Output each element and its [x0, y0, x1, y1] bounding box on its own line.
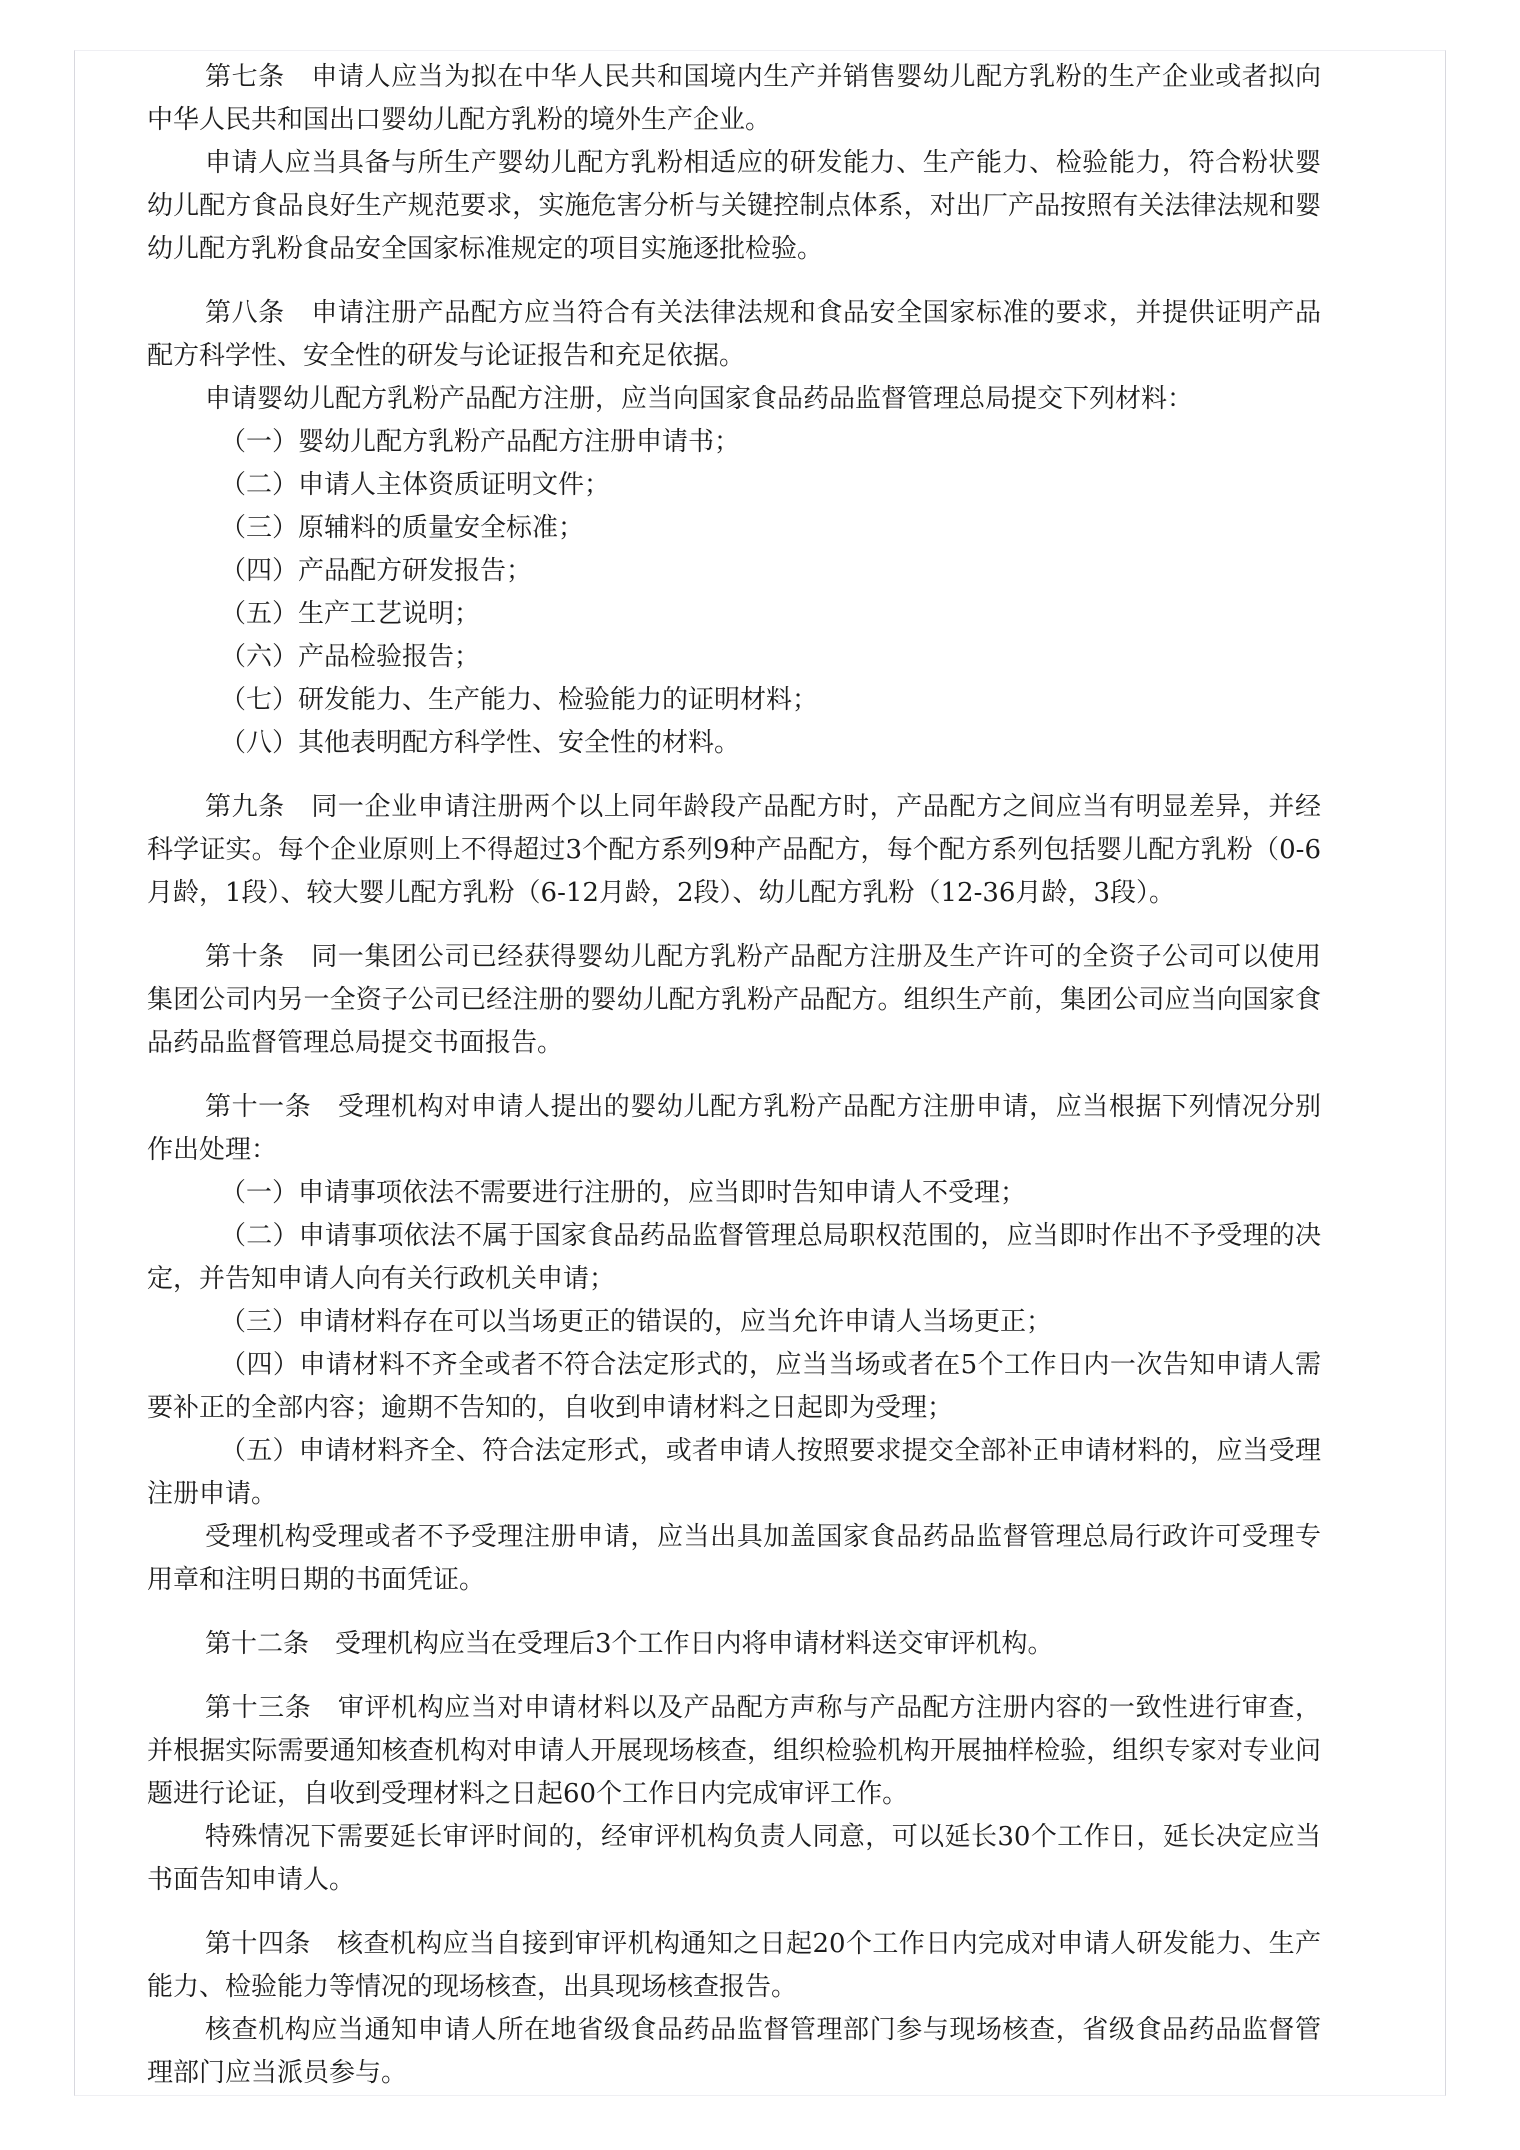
article-14-paragraph: 核查机构应当通知申请人所在地省级食品药品监督管理部门参与现场核查，省级食品药品监… — [147, 2009, 1321, 2095]
article-11-list-item: （三）申请材料存在可以当场更正的错误的，应当允许申请人当场更正； — [147, 1301, 1321, 1344]
article-8-list-item: （一）婴幼儿配方乳粉产品配方注册申请书； — [147, 421, 1321, 464]
article-11-paragraph: 第十一条 受理机构对申请人提出的婴幼儿配方乳粉产品配方注册申请，应当根据下列情况… — [147, 1086, 1321, 1172]
article-14-paragraph: 第十四条 核查机构应当自接到审评机构通知之日起20个工作日内完成对申请人研发能力… — [147, 1923, 1321, 2009]
article-10-paragraph: 第十条 同一集团公司已经获得婴幼儿配方乳粉产品配方注册及生产许可的全资子公司可以… — [147, 936, 1321, 1065]
article-8: 第八条 申请注册产品配方应当符合有关法律法规和食品安全国家标准的要求，并提供证明… — [147, 292, 1321, 765]
article-7: 第七条 申请人应当为拟在中华人民共和国境内生产并销售婴幼儿配方乳粉的生产企业或者… — [147, 56, 1321, 271]
article-11-list-item: （二）申请事项依法不属于国家食品药品监督管理总局职权范围的，应当即时作出不予受理… — [147, 1215, 1321, 1301]
article-13: 第十三条 审评机构应当对申请材料以及产品配方声称与产品配方注册内容的一致性进行审… — [147, 1687, 1321, 1902]
article-14: 第十四条 核查机构应当自接到审评机构通知之日起20个工作日内完成对申请人研发能力… — [147, 1923, 1321, 2095]
article-11-paragraph: 受理机构受理或者不予受理注册申请，应当出具加盖国家食品药品监督管理总局行政许可受… — [147, 1516, 1321, 1602]
article-8-paragraph: 申请婴幼儿配方乳粉产品配方注册，应当向国家食品药品监督管理总局提交下列材料： — [147, 378, 1321, 421]
article-12-paragraph: 第十二条 受理机构应当在受理后3个工作日内将申请材料送交审评机构。 — [147, 1623, 1321, 1666]
article-11: 第十一条 受理机构对申请人提出的婴幼儿配方乳粉产品配方注册申请，应当根据下列情况… — [147, 1086, 1321, 1602]
article-10: 第十条 同一集团公司已经获得婴幼儿配方乳粉产品配方注册及生产许可的全资子公司可以… — [147, 936, 1321, 1065]
article-12: 第十二条 受理机构应当在受理后3个工作日内将申请材料送交审评机构。 — [147, 1623, 1321, 1666]
document-body: 第七条 申请人应当为拟在中华人民共和国境内生产并销售婴幼儿配方乳粉的生产企业或者… — [147, 56, 1321, 2095]
document-page: 第七条 申请人应当为拟在中华人民共和国境内生产并销售婴幼儿配方乳粉的生产企业或者… — [74, 50, 1446, 2096]
article-8-list-item: （六）产品检验报告； — [147, 636, 1321, 679]
article-8-list-item: （八）其他表明配方科学性、安全性的材料。 — [147, 722, 1321, 765]
document-viewport: 第七条 申请人应当为拟在中华人民共和国境内生产并销售婴幼儿配方乳粉的生产企业或者… — [0, 0, 1520, 2150]
article-8-list-item: （三）原辅料的质量安全标准； — [147, 507, 1321, 550]
article-8-paragraph: 第八条 申请注册产品配方应当符合有关法律法规和食品安全国家标准的要求，并提供证明… — [147, 292, 1321, 378]
article-11-list-item: （四）申请材料不齐全或者不符合法定形式的，应当当场或者在5个工作日内一次告知申请… — [147, 1344, 1321, 1430]
article-7-paragraph: 申请人应当具备与所生产婴幼儿配方乳粉相适应的研发能力、生产能力、检验能力，符合粉… — [147, 142, 1321, 271]
article-8-list-item: （七）研发能力、生产能力、检验能力的证明材料； — [147, 679, 1321, 722]
article-11-list-item: （一）申请事项依法不需要进行注册的，应当即时告知申请人不受理； — [147, 1172, 1321, 1215]
article-8-list-item: （四）产品配方研发报告； — [147, 550, 1321, 593]
article-13-paragraph: 特殊情况下需要延长审评时间的，经审评机构负责人同意，可以延长30个工作日，延长决… — [147, 1816, 1321, 1902]
article-11-list-item: （五）申请材料齐全、符合法定形式，或者申请人按照要求提交全部补正申请材料的，应当… — [147, 1430, 1321, 1516]
article-8-list-item: （五）生产工艺说明； — [147, 593, 1321, 636]
article-9: 第九条 同一企业申请注册两个以上同年龄段产品配方时，产品配方之间应当有明显差异，… — [147, 786, 1321, 915]
article-8-list-item: （二）申请人主体资质证明文件； — [147, 464, 1321, 507]
article-9-paragraph: 第九条 同一企业申请注册两个以上同年龄段产品配方时，产品配方之间应当有明显差异，… — [147, 786, 1321, 915]
article-13-paragraph: 第十三条 审评机构应当对申请材料以及产品配方声称与产品配方注册内容的一致性进行审… — [147, 1687, 1321, 1816]
article-7-paragraph: 第七条 申请人应当为拟在中华人民共和国境内生产并销售婴幼儿配方乳粉的生产企业或者… — [147, 56, 1321, 142]
